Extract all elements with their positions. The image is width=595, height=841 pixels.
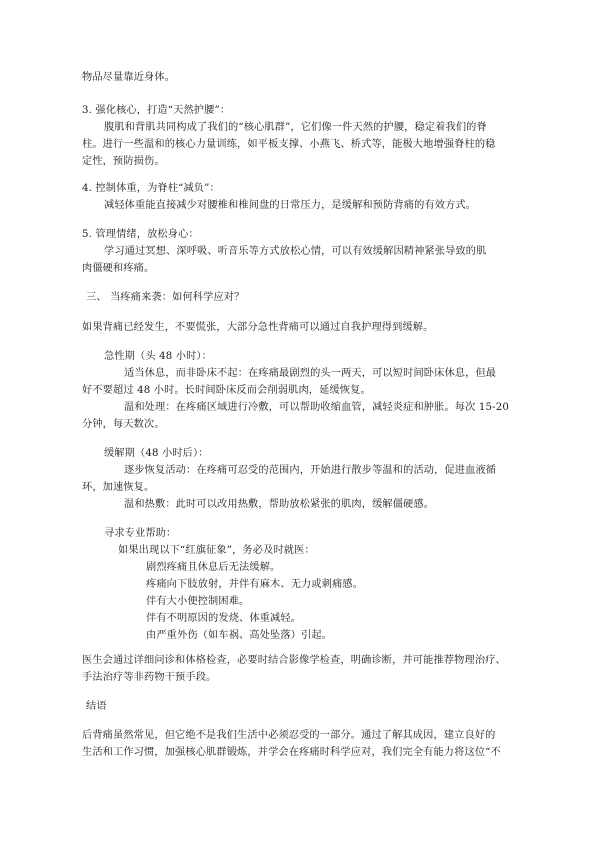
subsection-title-professional: 寻求专业帮助： xyxy=(104,525,176,542)
item-body-line: 肉僵硬和疼痛。 xyxy=(82,260,154,277)
subsection-title-acute: 急性期（头 48 小时）： xyxy=(104,348,212,365)
section-intro: 如果背痛已经发生，不要慌张，大部分急性背痛可以通过自我护理得到缓解。 xyxy=(82,319,433,336)
item-body-line: 减轻体重能直接减少对腰椎和椎间盘的日常压力，是缓解和预防背痛的有效方式。 xyxy=(104,197,476,214)
item-heading-core: 3. 强化核心，打造“天然护腰”： xyxy=(82,102,230,119)
section-heading: 三、 当疼痛来袭：如何科学应对？ xyxy=(86,289,244,306)
red-flag-item: 伴有大小便控制困难。 xyxy=(146,593,249,610)
red-flag-item: 由严重外伤（如车祸、高处坠落）引起。 xyxy=(146,627,332,644)
relief-line: 逐步恢复活动：在疼痛可忍受的范围内，开始进行散步等温和的活动，促进血液循 xyxy=(124,462,496,479)
conclusion-line: 后背痛虽然常见，但它绝不是我们生活中必须忍受的一部分。通过了解其成因，建立良好的 xyxy=(82,727,496,744)
relief-line: 温和热敷：此时可以改用热敷，帮助放松紧张的肌肉，缓解僵硬感。 xyxy=(124,496,434,513)
conclusion-line: 生活和工作习惯，加强核心肌群锻炼，并学会在疼痛时科学应对，我们完全有能力将这位“… xyxy=(82,744,501,761)
red-flag-lead: 如果出现以下“红旗征象”，务必及时就医： xyxy=(118,542,315,559)
doctor-line: 医生会通过详细问诊和体格检查，必要时结合影像学检查，明确诊断，并可能推荐物理治疗… xyxy=(82,652,506,669)
item-body-line: 柱。进行一些温和的核心力量训练，如平板支撑、小燕飞、桥式等，能极大地增强脊柱的稳 xyxy=(82,136,496,153)
item-body-line: 学习通过冥想、深呼吸、听音乐等方式放松心情，可以有效缓解因精神紧张导致的肌 xyxy=(104,243,486,260)
acute-line: 分钟，每天数次。 xyxy=(82,416,165,433)
red-flag-item: 伴有不明原因的发烧、体重减轻。 xyxy=(146,610,301,627)
red-flag-item: 剧烈疼痛且休息后无法缓解。 xyxy=(146,559,280,576)
relief-line: 环，加速恢复。 xyxy=(82,479,154,496)
item-body-line: 腹肌和背肌共同构成了我们的“核心肌群”，它们像一件天然的护腰，稳定着我们的脊 xyxy=(104,119,487,136)
item-heading-emotion: 5. 管理情绪，放松身心： xyxy=(82,226,199,243)
paragraph-tail: 物品尽量靠近身体。 xyxy=(82,69,175,86)
doctor-line: 手法治疗等非药物干预手段。 xyxy=(82,669,216,686)
document-page: 物品尽量靠近身体。 3. 强化核心，打造“天然护腰”： 腹肌和背肌共同构成了我们… xyxy=(0,0,595,841)
subsection-title-relief: 缓解期（48 小时后）： xyxy=(104,445,209,462)
acute-line: 温和处理：在疼痛区域进行冷敷，可以帮助收缩血管，减轻炎症和肿胀。每次 15-20 xyxy=(124,399,509,416)
acute-line: 适当休息，而非卧床不起：在疼痛最剧烈的头一两天，可以短时间卧床休息，但最 xyxy=(124,365,496,382)
item-body-line: 定性，预防损伤。 xyxy=(82,153,165,170)
item-heading-weight: 4. 控制体重，为脊柱“减负”： xyxy=(82,180,220,197)
red-flag-item: 疼痛向下肢放射，并伴有麻木、无力或刺痛感。 xyxy=(146,576,363,593)
acute-line: 好不要超过 48 小时。长时间卧床反而会削弱肌肉，延缓恢复。 xyxy=(82,382,371,399)
conclusion-heading: 结语 xyxy=(86,698,107,715)
